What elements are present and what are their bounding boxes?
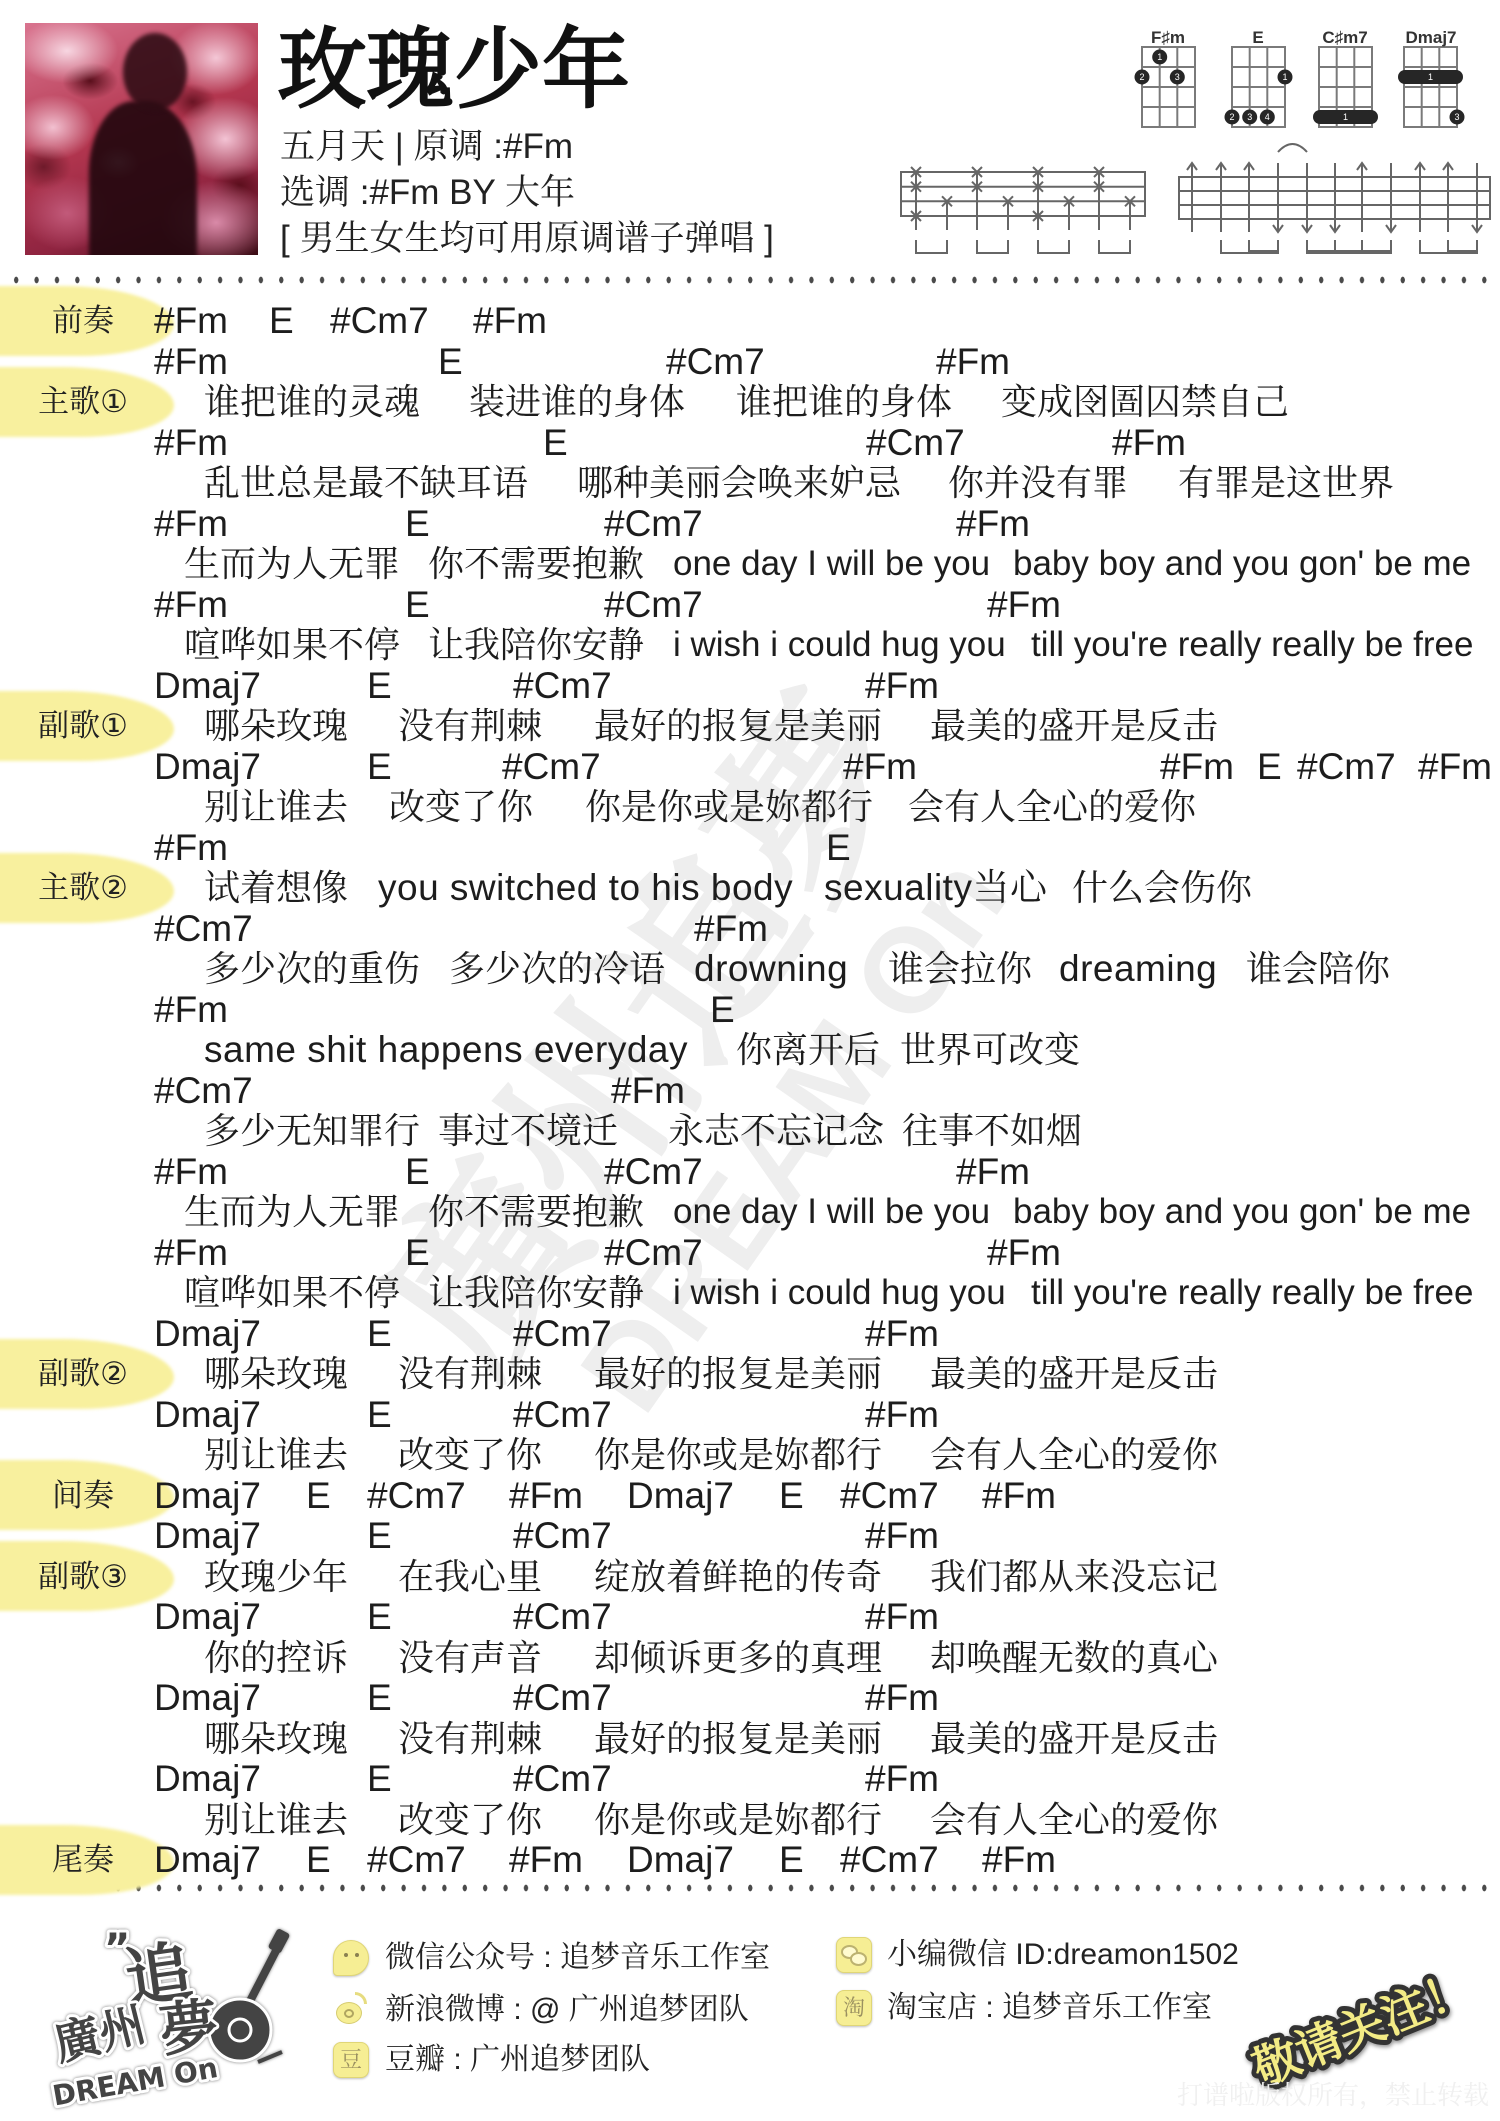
lyric-row: 谁把谁的灵魂 装进谁的身体 谁把谁的身体 变成囹圄囚禁自己 [0, 382, 1500, 422]
cover-silhouette-body [89, 101, 197, 255]
chord-label: Dmaj7 [154, 1516, 261, 1556]
chord-label: #Fm [956, 1152, 1030, 1192]
weibo-icon [333, 1992, 369, 2028]
chord-label: Dmaj7 [154, 1476, 261, 1516]
chord-label: #Fm [1160, 747, 1234, 787]
lyric-phrase: one day I will be you [673, 1192, 990, 1232]
finger-number: 1 [1428, 72, 1433, 82]
chord-label: E [367, 747, 392, 787]
chord-row: #Fm E #Cm7 #Fm [0, 504, 1500, 544]
album-cover [25, 23, 258, 255]
chord-label: #Cm7 [1297, 747, 1396, 787]
lyric-phrase: 我们都从来没忘记 [930, 1557, 1218, 1597]
chord-label: #Cm7 [513, 666, 612, 706]
chord-row: Dmaj7 E #Cm7 #Fm #Fm E #Cm7 #Fm [0, 747, 1500, 787]
lyric-row: 你的控诉 没有声音 却倾诉更多的真理 却唤醒无数的真心 [0, 1638, 1500, 1678]
logo-city: 廣州 [49, 1997, 151, 2072]
chord-diagram-fsharp-minor [1142, 47, 1195, 127]
lyric-phrase: 没有荆棘 [398, 1719, 542, 1759]
lyric-phrase: 会有人全心的爱你 [930, 1435, 1218, 1475]
chord-row: #Fm E [0, 828, 1500, 868]
chord-row: Dmaj7 E #Cm7 #Fm [0, 1395, 1500, 1435]
chord-row: #Fm E #Cm7 #Fm [0, 301, 1500, 341]
chord-row: Dmaj7 E #Cm7 #Fm [0, 1314, 1500, 1354]
lyric-phrase: 谁把谁的身体 [736, 382, 952, 422]
lyric-phrase: 往事不如烟 [902, 1111, 1082, 1151]
chord-diagram-dmaj7 [1404, 47, 1457, 127]
finger-number: 1 [1157, 52, 1162, 62]
top-divider [0, 275, 1500, 285]
lyric-row: 别让谁去 改变了你 你是你或是妳都行 会有人全心的爱你 [0, 1800, 1500, 1840]
chord-sheet-page: 廣州追夢 DREAM On 玫瑰少年 五月天 | 原调 :#Fm 选调 :#Fm… [0, 0, 1500, 2121]
chord-label: #Fm [865, 1759, 939, 1799]
wechat-official-icon [333, 1940, 369, 1976]
lyric-row: 喧哗如果不停 让我陪你安静 i wish i could hug you til… [0, 1273, 1500, 1313]
douban-label: 豆瓣 : 广州追梦团队 [385, 2042, 650, 2078]
lyric-phrase: i wish i could hug you [673, 1273, 1006, 1313]
chord-row: #Fm E #Cm7 #Fm [0, 1152, 1500, 1192]
chord-label: #Fm [987, 585, 1061, 625]
chord-label: #Fm [865, 1314, 939, 1354]
lyric-phrase: 哪种美丽会唤来妒忌 [577, 463, 901, 503]
chord-label: #Fm [865, 666, 939, 706]
lyric-row: same shit happens everyday 你离开后 世界可改变 [0, 1030, 1500, 1070]
chord-label: #Fm [509, 1476, 583, 1516]
lyric-phrase: 让我陪你安静 [428, 1273, 644, 1313]
chord-label: #Cm7 [840, 1476, 939, 1516]
finger-number: 1 [1343, 112, 1348, 122]
chord-row: #Cm7 #Fm [0, 909, 1500, 949]
chord-label: #Fm [154, 1233, 228, 1273]
lyric-row: 多少无知罪行 事过不境迁 永志不忘记念 往事不如烟 [0, 1111, 1500, 1151]
lyric-phrase: 装进谁的身体 [469, 382, 685, 422]
lyric-phrase: you switched to his body [378, 868, 793, 908]
lyric-phrase: 会有人全心的爱你 [908, 787, 1196, 827]
lyric-phrase: 最美的盛开是反击 [930, 1354, 1218, 1394]
lyric-row: 别让谁去 改变了你 你是你或是妳都行 会有人全心的爱你 [0, 787, 1500, 827]
lyric-row: 乱世总是最不缺耳语 哪种美丽会唤来妒忌 你并没有罪 有罪是这世界 [0, 463, 1500, 503]
lyric-row: 哪朵玫瑰 没有荆棘 最好的报复是美丽 最美的盛开是反击 [0, 1354, 1500, 1394]
wechat-icon [836, 1937, 872, 1973]
finger-number: 2 [1139, 72, 1144, 82]
lyric-phrase: 最美的盛开是反击 [930, 1719, 1218, 1759]
lyric-phrase: 喧哗如果不停 [184, 1273, 400, 1313]
editor-wechat-label: 小编微信 ID:dreamon1502 [887, 1937, 1239, 1973]
chord-label: E [367, 1516, 392, 1556]
chord-label: E [779, 1840, 804, 1880]
lyric-phrase: 变成囹圄囚禁自己 [1001, 382, 1289, 422]
chord-label: #Cm7 [154, 909, 253, 949]
lyric-phrase: 别让谁去 [204, 787, 348, 827]
lyric-row: 试着想像 you switched to his body sexuality当… [0, 868, 1500, 908]
chord-label: #Fm [956, 504, 1030, 544]
strum-pattern [1179, 144, 1490, 253]
chord-label: #Fm [154, 990, 228, 1030]
chord-label: #Cm7 [604, 585, 703, 625]
lyric-phrase: till you're really really be free [1031, 1273, 1473, 1313]
lyric-row: 喧哗如果不停 让我陪你安静 i wish i could hug you til… [0, 625, 1500, 665]
lyric-phrase: 没有声音 [398, 1638, 542, 1678]
chord-diagram-e [1232, 47, 1285, 127]
lyric-phrase: 别让谁去 [204, 1800, 348, 1840]
chord-label: E [826, 828, 851, 868]
lyric-phrase: 谁会拉你 [888, 949, 1032, 989]
chord-label: E [269, 301, 294, 341]
lyric-phrase: 改变了你 [398, 1800, 542, 1840]
chord-name: E [1252, 28, 1263, 47]
chord-row: #Fm E [0, 990, 1500, 1030]
chord-label: Dmaj7 [154, 1597, 261, 1637]
lyric-phrase: 哪朵玫瑰 [204, 1719, 348, 1759]
chord-label: E [438, 342, 463, 382]
chord-label: #Cm7 [604, 1152, 703, 1192]
chord-label: E [367, 1314, 392, 1354]
finger-number: 3 [1175, 72, 1180, 82]
lyric-phrase: 没有荆棘 [398, 706, 542, 746]
lyric-phrase: 改变了你 [398, 1435, 542, 1475]
chord-label: E [710, 990, 735, 1030]
chord-label: #Cm7 [604, 1233, 703, 1273]
lyric-phrase: 没有荆棘 [398, 1354, 542, 1394]
lyric-phrase: 你离开后 [736, 1030, 880, 1070]
lyric-row: 生而为人无罪 你不需要抱歉 one day I will be you baby… [0, 1192, 1500, 1232]
chord-label: E [367, 1678, 392, 1718]
lyric-phrase: 谁把谁的灵魂 [204, 382, 420, 422]
lyric-row: 玫瑰少年 在我心里 绽放着鲜艳的传奇 我们都从来没忘记 [0, 1557, 1500, 1597]
chord-label: #Fm [154, 301, 228, 341]
chord-label: E [367, 666, 392, 706]
chord-and-rhythm-graphics: F♯m E C♯m7 Dmaj7 1 2 3 1 2 3 4 1 1 3 [880, 0, 1500, 280]
chord-label: Dmaj7 [154, 1395, 261, 1435]
finger-number: 1 [1282, 72, 1287, 82]
chord-label: Dmaj7 [154, 1314, 261, 1354]
chord-label: #Cm7 [866, 423, 965, 463]
lyric-phrase: 却倾诉更多的真理 [594, 1638, 882, 1678]
lyric-row: 别让谁去 改变了你 你是你或是妳都行 会有人全心的爱你 [0, 1435, 1500, 1475]
lyric-phrase: baby boy and you gon' be me [1013, 1192, 1471, 1232]
chord-row: #Fm E #Cm7 #Fm [0, 585, 1500, 625]
lyric-phrase: 乱世总是最不缺耳语 [204, 463, 528, 503]
chord-label: #Cm7 [604, 504, 703, 544]
lyric-phrase: 你的控诉 [204, 1638, 348, 1678]
chord-name: Dmaj7 [1405, 28, 1456, 47]
chord-label: #Fm [982, 1476, 1056, 1516]
chord-label: E [1257, 747, 1282, 787]
chord-row: #Fm E #Cm7 #Fm [0, 423, 1500, 463]
lyric-phrase: same shit happens everyday [204, 1030, 688, 1070]
lyric-phrase: 试着想像 [204, 868, 348, 908]
chord-label: #Fm [154, 1152, 228, 1192]
chord-label: E [405, 585, 430, 625]
lyric-phrase: 在我心里 [398, 1557, 542, 1597]
finger-number: 4 [1265, 112, 1270, 122]
chord-label: E [543, 423, 568, 463]
lyric-phrase: 最好的报复是美丽 [594, 1719, 882, 1759]
lyric-phrase: 世界可改变 [900, 1030, 1080, 1070]
cover-silhouette-head [123, 33, 187, 111]
taobao-label: 淘宝店 : 追梦音乐工作室 [887, 1990, 1212, 2026]
chord-label: #Fm [865, 1516, 939, 1556]
chord-label: #Cm7 [513, 1395, 612, 1435]
lyric-phrase: 你不需要抱歉 [428, 544, 644, 584]
finger-number: 3 [1454, 112, 1459, 122]
chord-label: Dmaj7 [154, 747, 261, 787]
dream-on-logo: ” 追 廣州 夢 DREAM On [40, 1922, 302, 2112]
chord-label: E [367, 1597, 392, 1637]
lyric-row: 哪朵玫瑰 没有荆棘 最好的报复是美丽 最美的盛开是反击 [0, 706, 1500, 746]
chord-name: C♯m7 [1322, 28, 1367, 47]
lyric-phrase: 什么会伤你 [1072, 868, 1252, 908]
follow-badge-text: 敬请关注！ [1244, 1960, 1478, 2097]
singing-note: [ 男生女生均可用原调谱子弹唱 ] [280, 219, 774, 259]
lyric-phrase: 你并没有罪 [948, 463, 1128, 503]
chord-label: #Fm [982, 1840, 1056, 1880]
chord-row: Dmaj7 E #Cm7 #Fm [0, 1678, 1500, 1718]
lyric-phrase: drowning [694, 949, 848, 989]
chord-label: Dmaj7 [154, 1759, 261, 1799]
weibo-label: 新浪微博 : @ 广州追梦团队 [385, 1992, 749, 2028]
chord-row: Dmaj7 E #Cm7 #Fm Dmaj7 E #Cm7 #Fm [0, 1840, 1500, 1880]
lyric-phrase: 你不需要抱歉 [428, 1192, 644, 1232]
wechat-official-label: 微信公众号 : 追梦音乐工作室 [385, 1940, 770, 1976]
chord-label: #Cm7 [513, 1516, 612, 1556]
chord-row: #Fm E #Cm7 #Fm [0, 1233, 1500, 1273]
chord-row: Dmaj7 E #Cm7 #Fm [0, 1516, 1500, 1556]
chord-label: Dmaj7 [627, 1840, 734, 1880]
picking-pattern [901, 167, 1145, 253]
chord-label: #Cm7 [840, 1840, 939, 1880]
chord-label: E [405, 504, 430, 544]
chord-label: #Fm [1112, 423, 1186, 463]
lyric-phrase: 却唤醒无数的真心 [930, 1638, 1218, 1678]
lyric-phrase: 多少次的重伤 [204, 949, 420, 989]
bottom-divider [0, 1883, 1500, 1893]
chord-row: #Fm E #Cm7 #Fm [0, 342, 1500, 382]
chord-label: #Fm [611, 1071, 685, 1111]
guitar-icon [209, 1928, 290, 2062]
lyric-phrase: baby boy and you gon' be me [1013, 544, 1471, 584]
chord-label: #Cm7 [513, 1314, 612, 1354]
finger-number: 3 [1247, 112, 1252, 122]
lyric-phrase: 多少无知罪行 [204, 1111, 420, 1151]
lyric-row: 多少次的重伤 多少次的冷语 drowning 谁会拉你 dreaming 谁会陪… [0, 949, 1500, 989]
chord-row: Dmaj7 E #Cm7 #Fm [0, 666, 1500, 706]
chord-label: #Cm7 [502, 747, 601, 787]
lyric-phrase: 最好的报复是美丽 [594, 1354, 882, 1394]
chord-label: E [367, 1395, 392, 1435]
lyric-phrase: 哪朵玫瑰 [204, 1354, 348, 1394]
douban-icon: 豆 [333, 2042, 369, 2078]
chord-label: #Fm [694, 909, 768, 949]
chord-label: #Fm [987, 1233, 1061, 1273]
chord-label: Dmaj7 [154, 666, 261, 706]
lyric-phrase: till you're really really be free [1031, 625, 1473, 665]
lyric-phrase: 你是你或是妳都行 [585, 787, 873, 827]
chord-name: F♯m [1151, 28, 1185, 47]
chord-label: Dmaj7 [154, 1840, 261, 1880]
lyric-phrase: 永志不忘记念 [668, 1111, 884, 1151]
chord-label: #Cm7 [367, 1476, 466, 1516]
chord-row: Dmaj7 E #Cm7 #Fm [0, 1759, 1500, 1799]
chord-label: #Fm [154, 504, 228, 544]
chord-label: E [405, 1152, 430, 1192]
lyric-row: 哪朵玫瑰 没有荆棘 最好的报复是美丽 最美的盛开是反击 [0, 1719, 1500, 1759]
lyric-phrase: dreaming [1059, 949, 1217, 989]
chord-label: #Cm7 [367, 1840, 466, 1880]
lyric-phrase: 最好的报复是美丽 [594, 706, 882, 746]
chord-label: #Fm [936, 342, 1010, 382]
chord-label: E [779, 1476, 804, 1516]
taobao-icon: 淘 [836, 1990, 872, 2026]
lyric-phrase: 事过不境迁 [438, 1111, 618, 1151]
lyric-phrase: 你是你或是妳都行 [594, 1800, 882, 1840]
chord-label: Dmaj7 [154, 1678, 261, 1718]
chord-label: #Fm [865, 1395, 939, 1435]
chord-label: E [306, 1840, 331, 1880]
chord-label: #Fm [473, 301, 547, 341]
lyric-phrase: sexuality当心 [824, 868, 1047, 908]
chord-label: #Fm [1418, 747, 1492, 787]
chord-label: #Cm7 [666, 342, 765, 382]
chord-label: E [405, 1233, 430, 1273]
lyric-phrase: 改变了你 [389, 787, 533, 827]
chord-label: E [367, 1759, 392, 1799]
chord-label: E [306, 1476, 331, 1516]
lyric-phrase: 生而为人无罪 [184, 544, 400, 584]
chord-label: #Cm7 [513, 1678, 612, 1718]
lyric-phrase: 绽放着鲜艳的传奇 [594, 1557, 882, 1597]
chord-row: Dmaj7 E #Cm7 #Fm Dmaj7 E #Cm7 #Fm [0, 1476, 1500, 1516]
chord-label: #Fm [154, 585, 228, 625]
chord-label: #Fm [154, 828, 228, 868]
chord-label: #Fm [865, 1597, 939, 1637]
chord-label: #Fm [843, 747, 917, 787]
chord-label: #Fm [154, 342, 228, 382]
finger-number: 2 [1229, 112, 1234, 122]
chord-label: #Cm7 [513, 1597, 612, 1637]
chord-label: #Fm [865, 1678, 939, 1718]
chord-label: #Cm7 [330, 301, 429, 341]
chord-label: #Fm [509, 1840, 583, 1880]
lyric-phrase: one day I will be you [673, 544, 990, 584]
chord-label: #Fm [154, 423, 228, 463]
chord-row: #Cm7 #Fm [0, 1071, 1500, 1111]
song-title: 玫瑰少年 [278, 22, 630, 118]
chord-label: Dmaj7 [627, 1476, 734, 1516]
lyric-phrase: 多少次的冷语 [449, 949, 665, 989]
lyric-phrase: 生而为人无罪 [184, 1192, 400, 1232]
lyric-phrase: 你是你或是妳都行 [594, 1435, 882, 1475]
lyric-phrase: 别让谁去 [204, 1435, 348, 1475]
lyric-phrase: 会有人全心的爱你 [930, 1800, 1218, 1840]
lyric-phrase: 喧哗如果不停 [184, 625, 400, 665]
lyric-phrase: 最美的盛开是反击 [930, 706, 1218, 746]
artist-key-line: 五月天 | 原调 :#Fm [280, 127, 573, 167]
lyric-phrase: 哪朵玫瑰 [204, 706, 348, 746]
lyric-row: 生而为人无罪 你不需要抱歉 one day I will be you baby… [0, 544, 1500, 584]
chord-label: #Cm7 [154, 1071, 253, 1111]
chord-row: Dmaj7 E #Cm7 #Fm [0, 1597, 1500, 1637]
lyric-phrase: 谁会陪你 [1246, 949, 1390, 989]
copyright-notice: 打谱啦版权所有，禁止转载 [1177, 2080, 1489, 2110]
lyric-phrase: 有罪是这世界 [1178, 463, 1394, 503]
lyric-phrase: i wish i could hug you [673, 625, 1006, 665]
lyric-phrase: 让我陪你安静 [428, 625, 644, 665]
selected-key-line: 选调 :#Fm BY 大年 [280, 173, 575, 213]
chord-label: #Cm7 [513, 1759, 612, 1799]
lyric-phrase: 玫瑰少年 [204, 1557, 348, 1597]
